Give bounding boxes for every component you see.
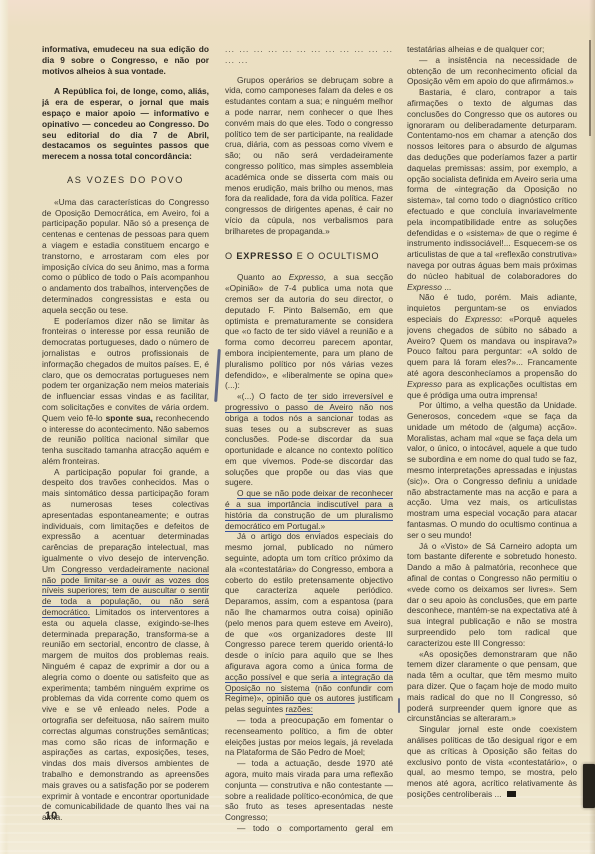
paragraph: Bastaria, é claro, contrapor a tais afir…: [407, 87, 577, 292]
scanned-magazine-page: { "page": { "number": "10", "paper_color…: [0, 0, 595, 854]
paragraph: Já o artigo dos enviados especiais do me…: [225, 531, 393, 715]
paragraph: Singular jornal este onde coexistem anál…: [407, 724, 577, 800]
paper-edge: [0, 0, 9, 854]
paragraph: — todo o comportamento geral em Aveiro, …: [225, 823, 393, 834]
pen-margin-mark: [398, 698, 400, 713]
paragraph: Já o «Visto» de Sá Carneiro adopta um to…: [407, 541, 577, 649]
paragraph: — a insistência na necessidade de obtenç…: [407, 55, 577, 87]
paragraph: «As oposições demonstraram que não temem…: [407, 649, 577, 725]
text-column-left: informativa, emudeceu na sua edição do d…: [42, 44, 209, 834]
paragraph: Não é tudo, porém. Mais adiante, inquiet…: [407, 292, 577, 400]
page-number: 10: [45, 810, 57, 822]
paragraph: O que se não pode deixar de reconhecer é…: [225, 488, 393, 531]
paragraph: A participação popular foi grande, a des…: [42, 467, 209, 823]
text-column-middle: ... ... ... ... ... ... ... ... ... ... …: [225, 44, 393, 834]
paragraph: E poderíamos dizer não se limitar às fro…: [42, 316, 209, 467]
paragraph: Grupos operários se debruçam sobre a vid…: [225, 75, 393, 237]
paragraph: «Uma das características do Congresso de…: [42, 197, 209, 316]
scan-artifact-bar: [583, 764, 595, 808]
paragraph: — toda a actuação, desde 1970 até agora,…: [225, 758, 393, 823]
text-column-right: testatárias alheias e de qualquer cor;— …: [407, 44, 577, 834]
paragraph: Por último, a velha questão da Unidade. …: [407, 400, 577, 540]
paragraph: A República foi, de longe, como, aliás, …: [42, 86, 209, 162]
section-heading: AS VOZES DO POVO: [42, 175, 209, 186]
paragraph: informativa, emudeceu na sua edição do d…: [42, 44, 209, 76]
dots-separator: ... ... ... ... ... ... ... ... ... ... …: [225, 44, 393, 66]
paragraph: — toda a preocupação em fomentar o recen…: [225, 715, 393, 758]
pen-margin-mark: [214, 349, 221, 402]
end-of-article-marker: [507, 791, 516, 797]
paragraph: Quanto ao Expresso, a sua secção «Opiniã…: [225, 272, 393, 391]
section-heading: O EXPRESSO E O OCULTISMO: [225, 251, 393, 262]
scan-artifact-line: [589, 40, 591, 136]
paragraph: «(...) O facto de ter sido irreversível …: [225, 391, 393, 488]
paragraph: testatárias alheias e de qualquer cor;: [407, 44, 577, 55]
